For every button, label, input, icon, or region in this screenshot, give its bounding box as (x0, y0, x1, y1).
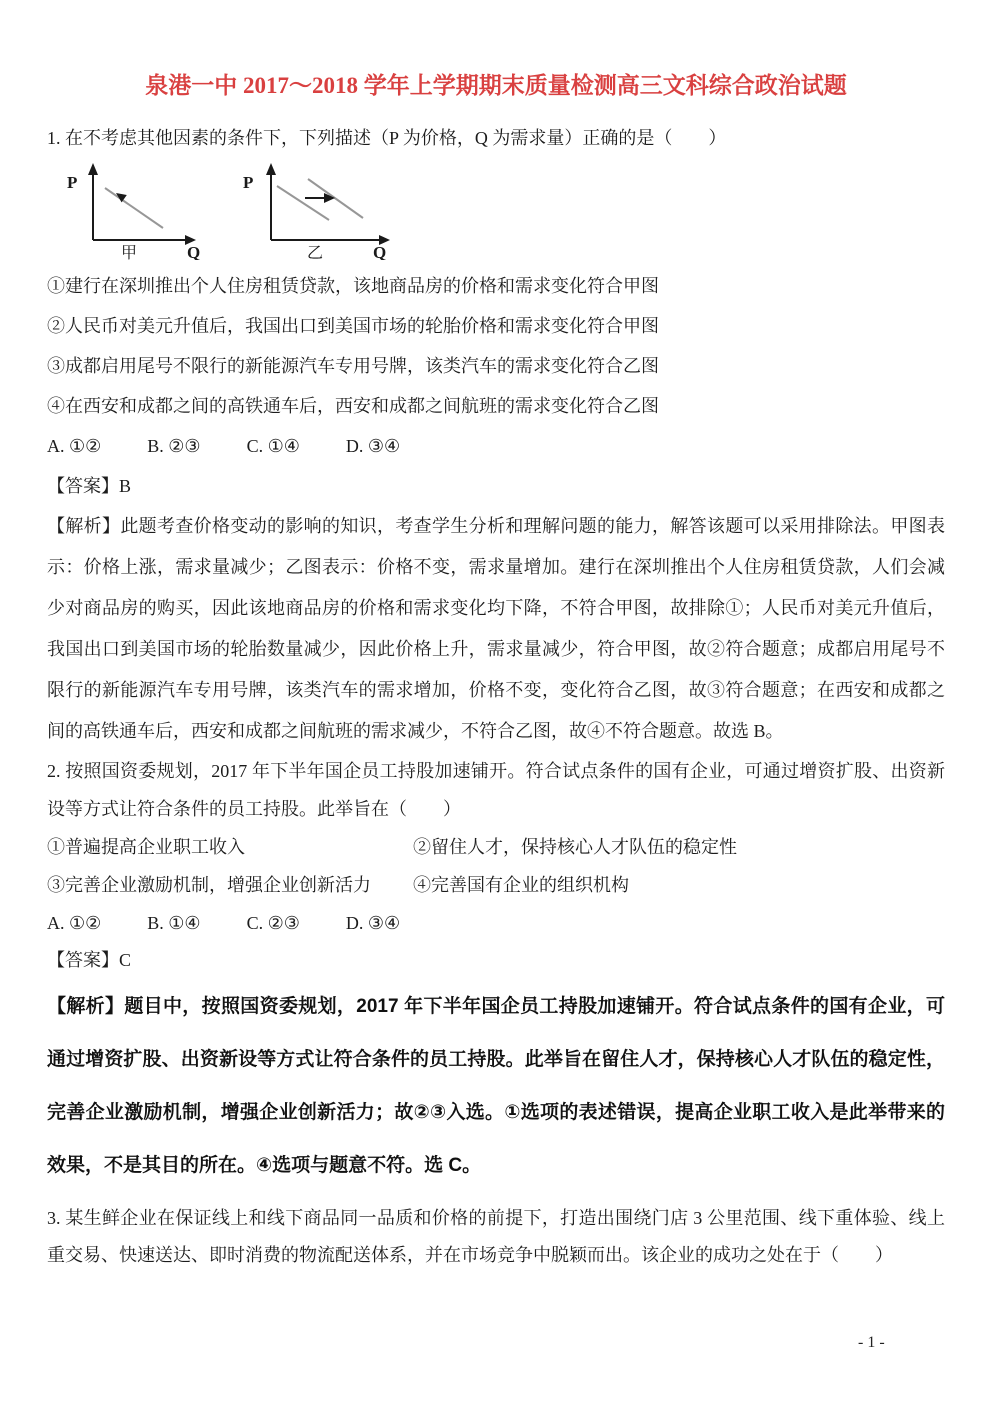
q1-analysis: 【解析】此题考查价格变动的影响的知识，考查学生分析和理解问题的能力，解答该题可以… (47, 506, 945, 752)
axis-q-label: Q (373, 243, 386, 260)
exam-page: 泉港一中 2017～2018 学年上学期期末质量检测高三文科综合政治试题 1. … (0, 0, 992, 1403)
q2-option-1: ①普遍提高企业职工收入 (47, 828, 413, 866)
q1-option-4: ④在西安和成都之间的高铁通车后，西安和成都之间航班的需求变化符合乙图 (47, 386, 945, 426)
q1-option-list: ①建行在深圳推出个人住房租赁贷款，该地商品房的价格和需求变化符合甲图 ②人民币对… (47, 266, 945, 426)
q1-option-2: ②人民币对美元升值后，我国出口到美国市场的轮胎价格和需求变化符合甲图 (47, 306, 945, 346)
q2-answer: 【答案】C (47, 942, 945, 978)
graph-caption-jia: 甲 (121, 244, 137, 260)
q2-stem: 2. 按照国资委规划，2017 年下半年国企员工持股加速铺开。符合试点条件的国有… (47, 752, 945, 828)
demand-curve-original (277, 186, 329, 220)
demand-graph-jia: P 甲 Q (59, 160, 209, 260)
question-3: 3. 某生鲜企业在保证线上和线下商品同一品质和价格的前提下，打造出围绕门店 3 … (47, 1200, 945, 1274)
q1-option-3: ③成都启用尾号不限行的新能源汽车专用号牌，该类汽车的需求变化符合乙图 (47, 346, 945, 386)
axis-p-label: P (67, 173, 77, 192)
q1-choice-c: C. ①④ (247, 426, 300, 466)
axis-p-label: P (243, 173, 253, 192)
demand-curve (105, 188, 163, 228)
q1-choice-d: D. ③④ (346, 426, 400, 466)
q1-choice-a: A. ①② (47, 426, 101, 466)
q2-choice-c: C. ②③ (247, 904, 300, 942)
axis-q-label: Q (187, 243, 200, 260)
q2-choice-row: A. ①② B. ①④ C. ②③ D. ③④ (47, 904, 945, 942)
q1-choice-b: B. ②③ (147, 426, 200, 466)
question-1: 1. 在不考虑其他因素的条件下，下列描述（P 为价格，Q 为需求量）正确的是（ … (47, 118, 945, 752)
q2-choice-d: D. ③④ (346, 904, 400, 942)
q2-choice-b: B. ①④ (147, 904, 200, 942)
question-2: 2. 按照国资委规划，2017 年下半年国企员工持股加速铺开。符合试点条件的国有… (47, 752, 945, 1192)
q2-option-2: ②留住人才，保持核心人才队伍的稳定性 (413, 828, 945, 866)
q1-option-1: ①建行在深圳推出个人住房租赁贷款，该地商品房的价格和需求变化符合甲图 (47, 266, 945, 306)
q2-option-list: ①普遍提高企业职工收入 ②留住人才，保持核心人才队伍的稳定性 ③完善企业激励机制… (47, 828, 945, 904)
q3-stem: 3. 某生鲜企业在保证线上和线下商品同一品质和价格的前提下，打造出围绕门店 3 … (47, 1200, 945, 1274)
y-axis-arrowhead-icon (266, 163, 276, 175)
graph-caption-yi: 乙 (307, 245, 323, 260)
page-number: - 1 - (858, 1334, 885, 1352)
q1-stem: 1. 在不考虑其他因素的条件下，下列描述（P 为价格，Q 为需求量）正确的是（ … (47, 118, 945, 158)
q2-choice-a: A. ①② (47, 904, 101, 942)
q2-option-3: ③完善企业激励机制，增强企业创新活力 (47, 866, 413, 904)
demand-graph-yi: P 乙 Q (235, 160, 395, 260)
q2-option-4: ④完善国有企业的组织机构 (413, 866, 945, 904)
q1-choice-row: A. ①② B. ②③ C. ①④ D. ③④ (47, 426, 945, 466)
q2-analysis: 【解析】题目中，按照国资委规划，2017 年下半年国企员工持股加速铺开。符合试点… (47, 980, 945, 1192)
y-axis-arrowhead-icon (88, 163, 98, 175)
q1-figure: P 甲 Q P (59, 160, 945, 260)
page-title: 泉港一中 2017～2018 学年上学期期末质量检测高三文科综合政治试题 (47, 0, 945, 102)
q1-answer: 【答案】B (47, 466, 945, 506)
page-content: 泉港一中 2017～2018 学年上学期期末质量检测高三文科综合政治试题 1. … (0, 0, 992, 1274)
